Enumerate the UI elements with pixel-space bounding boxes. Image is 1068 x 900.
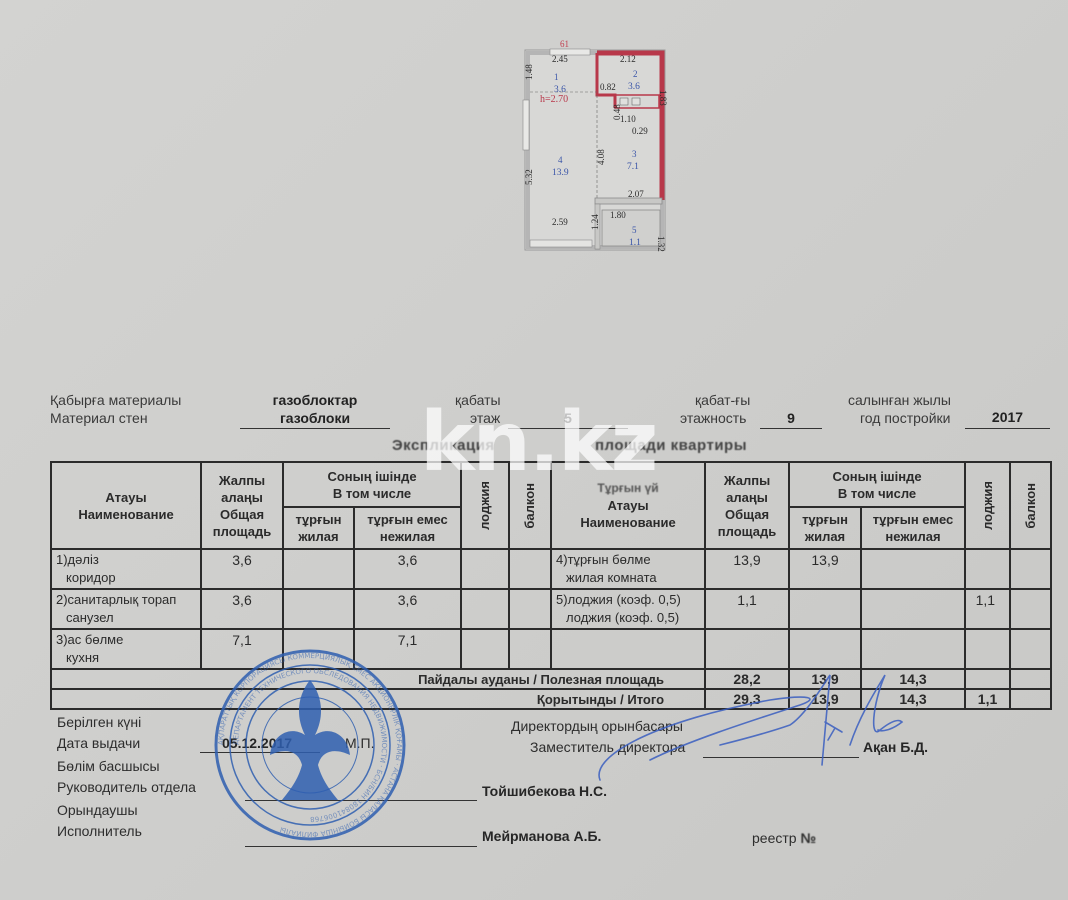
svg-text:2.59: 2.59 — [552, 217, 568, 227]
executor-signature-line — [245, 846, 477, 847]
section-title-left: Экспликация — [392, 437, 495, 454]
grand-total-label: Қорытынды / Итого — [51, 689, 705, 709]
room-loggia — [965, 629, 1010, 669]
grand-total-total: 29,3 — [705, 689, 789, 709]
header-total: ЖалпыалаңыОбщаяплощадь — [201, 462, 283, 549]
table-row: 1)дәлізкоридор 3,6 3,6 4)тұрғын бөлмежил… — [51, 549, 1051, 589]
header-balcony: балкон — [509, 462, 551, 549]
svg-text:3.6: 3.6 — [554, 85, 566, 95]
deputy-signature-line — [703, 757, 859, 758]
table-header-row-1: АтауыНаименование ЖалпыалаңыОбщаяплощадь… — [51, 462, 1051, 507]
floor-label-ru: этаж — [470, 410, 500, 426]
room-nonliving: 7,1 — [354, 629, 461, 669]
room-name: 3)ас бөлмекухня — [51, 629, 201, 669]
header-loggia-right: лоджия — [965, 462, 1010, 549]
header-name: АтауыНаименование — [51, 462, 201, 549]
room-loggia — [461, 629, 509, 669]
room-living — [283, 549, 354, 589]
wall-material-value-ru: газоблоки — [240, 410, 390, 426]
svg-text:13.9: 13.9 — [552, 168, 569, 178]
grand-total-nonliving: 14,3 — [861, 689, 965, 709]
room-living — [789, 629, 861, 669]
explication-table: АтауыНаименование ЖалпыалаңыОбщаяплощадь… — [50, 461, 1052, 710]
header-total-right: ЖалпыалаңыОбщаяплощадь — [705, 462, 789, 549]
svg-text:1.48: 1.48 — [524, 64, 534, 80]
svg-text:1.32: 1.32 — [656, 236, 666, 252]
room-total: 3,6 — [201, 589, 283, 629]
svg-text:0.82: 0.82 — [600, 82, 616, 92]
svg-text:2.12: 2.12 — [620, 54, 636, 64]
header-nonliving: тұрғын емеснежилая — [354, 507, 461, 549]
room-name: 2)санитарлық торапсанузел — [51, 589, 201, 629]
seal-label: М.П. — [345, 735, 375, 751]
section-title-right: площади квартиры — [595, 437, 747, 454]
useful-area-loggia — [965, 669, 1010, 689]
room-total: 13,9 — [705, 549, 789, 589]
useful-area-nonliving: 14,3 — [861, 669, 965, 689]
room-loggia — [965, 549, 1010, 589]
head-label-ru: Руководитель отдела — [57, 779, 196, 795]
useful-area-row: Пайдалы ауданы / Полезная площадь 28,2 1… — [51, 669, 1051, 689]
issue-date-underline — [200, 752, 320, 753]
svg-text:4: 4 — [558, 155, 563, 165]
floors-total-label-ru: этажность — [680, 410, 746, 426]
room-balcony — [1010, 549, 1051, 589]
room-living — [789, 589, 861, 629]
issue-date-label-ru: Дата выдачи — [57, 735, 140, 751]
header-nonliving-right: тұрғын емеснежилая — [861, 507, 965, 549]
svg-text:1.1: 1.1 — [629, 238, 641, 248]
svg-text:2.07: 2.07 — [628, 189, 644, 199]
svg-text:h=2.70: h=2.70 — [540, 94, 568, 105]
issue-date-label-kz: Берілген күні — [57, 714, 141, 730]
svg-text:1.83: 1.83 — [658, 90, 668, 106]
floors-total-underline — [760, 428, 822, 429]
deputy-name: Ақан Б.Д. — [863, 739, 928, 755]
room-nonliving — [861, 549, 965, 589]
useful-area-living: 13,9 — [789, 669, 861, 689]
svg-text:0.29: 0.29 — [632, 126, 648, 136]
floor-underline — [508, 428, 628, 429]
room-living — [283, 589, 354, 629]
header-including: Соның ішіндеВ том числе — [283, 462, 461, 507]
year-underline — [965, 428, 1050, 429]
header-balcony-right: балкон — [1010, 462, 1051, 549]
room-total: 7,1 — [201, 629, 283, 669]
svg-text:61: 61 — [560, 40, 569, 49]
room-balcony — [509, 549, 551, 589]
svg-text:5.32: 5.32 — [524, 169, 534, 185]
deputy-label-ru: Заместитель директора — [530, 739, 685, 755]
year-label-ru: год постройки — [860, 410, 950, 426]
room-loggia — [461, 589, 509, 629]
room-living: 13,9 — [789, 549, 861, 589]
grand-total-living: 13,9 — [789, 689, 861, 709]
room-nonliving: 3,6 — [354, 549, 461, 589]
executor-name: Мейрманова А.Б. — [482, 828, 601, 844]
issue-date-value: 05.12.2017 — [222, 735, 292, 751]
svg-text:4.08: 4.08 — [596, 149, 606, 165]
room-nonliving — [861, 589, 965, 629]
head-signature-line — [245, 800, 477, 801]
wall-material-value-kz: газоблоктар — [240, 392, 390, 408]
wall-material-underline — [240, 428, 390, 429]
executor-label-ru: Исполнитель — [57, 823, 142, 839]
floor-label-kz: қабаты — [455, 392, 501, 408]
useful-area-total: 28,2 — [705, 669, 789, 689]
header-living-right: тұрғынжилая — [789, 507, 861, 549]
grand-total-loggia: 1,1 — [965, 689, 1010, 709]
svg-text:1: 1 — [554, 72, 559, 82]
room-name — [551, 629, 705, 669]
floors-total-value: 9 — [760, 410, 822, 426]
head-label-kz: Бөлім басшысы — [57, 758, 160, 774]
room-total: 1,1 — [705, 589, 789, 629]
useful-area-label: Пайдалы ауданы / Полезная площадь — [51, 669, 705, 689]
table-row: 2)санитарлық торапсанузел 3,6 3,6 5)лодж… — [51, 589, 1051, 629]
svg-text:3.6: 3.6 — [628, 82, 640, 92]
svg-text:1.80: 1.80 — [610, 210, 626, 220]
svg-text:5: 5 — [632, 225, 637, 235]
registry-label: реестр № — [752, 830, 816, 846]
room-total: 3,6 — [201, 549, 283, 589]
floor-value: 5 — [508, 410, 628, 426]
svg-text:1.24: 1.24 — [590, 214, 600, 230]
room-total — [705, 629, 789, 669]
deputy-label-kz: Директордың орынбасары — [511, 718, 683, 734]
grand-total-balcony — [1010, 689, 1051, 709]
year-value: 2017 — [965, 409, 1050, 425]
room-name: 4)тұрғын бөлмежилая комната — [551, 549, 705, 589]
svg-text:2: 2 — [633, 69, 638, 79]
header-living: тұрғынжилая — [283, 507, 354, 549]
svg-text:2.45: 2.45 — [552, 54, 568, 64]
table-row: 3)ас бөлмекухня 7,1 7,1 — [51, 629, 1051, 669]
year-label-kz: салынған жылы — [848, 392, 951, 408]
useful-area-balcony — [1010, 669, 1051, 689]
room-balcony — [509, 589, 551, 629]
svg-text:3: 3 — [632, 149, 637, 159]
executor-label-kz: Орындаушы — [57, 802, 138, 818]
svg-text:7.1: 7.1 — [627, 162, 639, 172]
head-name: Тойшибекова Н.С. — [482, 783, 607, 799]
grand-total-row: Қорытынды / Итого 29,3 13,9 14,3 1,1 — [51, 689, 1051, 709]
floors-total-label-kz: қабат-ғы — [695, 392, 750, 408]
room-balcony — [509, 629, 551, 669]
room-living — [283, 629, 354, 669]
wall-material-label-ru: Материал стен — [50, 410, 148, 426]
svg-text:1.10: 1.10 — [620, 114, 636, 124]
room-nonliving: 3,6 — [354, 589, 461, 629]
floor-plan: 61h=2.702.451.482.121.830.820.481.100.29… — [520, 40, 670, 255]
room-name: 5)лоджия (коэф. 0,5)лоджия (коэф. 0,5) — [551, 589, 705, 629]
room-balcony — [1010, 589, 1051, 629]
room-nonliving — [861, 629, 965, 669]
header-loggia: лоджия — [461, 462, 509, 549]
room-balcony — [1010, 629, 1051, 669]
room-name: 1)дәлізкоридор — [51, 549, 201, 589]
header-name-right: Тұрғын үйАтауыНаименование — [551, 462, 705, 549]
wall-material-label-kz: Қабырға материалы — [50, 392, 181, 408]
room-loggia — [461, 549, 509, 589]
header-including-right: Соның ішіндеВ том числе — [789, 462, 965, 507]
room-loggia: 1,1 — [965, 589, 1010, 629]
